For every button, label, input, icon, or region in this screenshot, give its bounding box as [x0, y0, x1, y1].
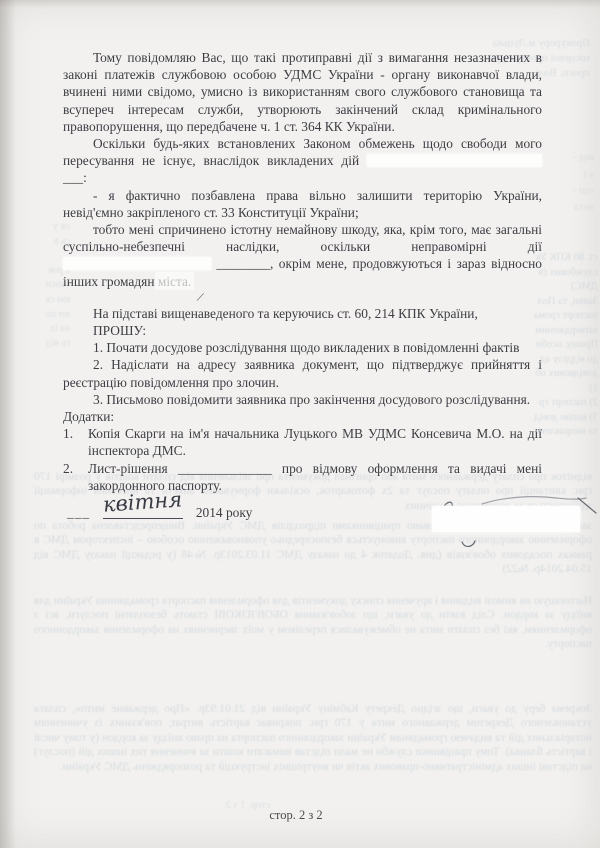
prayer-heading: ПРОШУ:: [63, 322, 542, 339]
whiteout-covered-word: міста. /: [158, 274, 191, 289]
attachment-number: 1.: [63, 425, 88, 459]
redaction-box: [367, 154, 542, 167]
attachment-number: 2.: [63, 460, 88, 494]
document-body: Тому повідомляю Вас, що такі протиправні…: [63, 49, 542, 534]
date-month-blank-line: квітня: [103, 504, 183, 519]
attachment-text: Копія Скарги на ім'я начальника Луцького…: [88, 425, 542, 459]
page-number-footer: стор. 2 з 2: [0, 808, 592, 823]
attachments-title: Додатки:: [63, 408, 542, 425]
date-signature-row: ___ квітня 2014 року: [63, 504, 542, 534]
paragraph-legal-basis: На підставі вищенаведеного та керуючись …: [63, 305, 542, 322]
paragraph-restrictions: Оскільки будь-яких встановлених Законом …: [63, 135, 542, 187]
scan-edge-shadow-top: [0, 0, 600, 8]
bleedthrough-paragraph: Наголошую на вимозі видання і вручення с…: [34, 594, 592, 652]
paragraph-damage: тобто мені спричинено істотну немайнову …: [63, 221, 542, 290]
scanned-page: Прокурору м.Луцька місцевої прокуратури …: [0, 0, 600, 848]
request-item-2: 2. Надіслати на адресу заявника документ…: [63, 356, 542, 390]
blank-line: [63, 290, 542, 305]
handwritten-month: квітня: [103, 491, 183, 514]
date-year-text: 2014 року: [196, 505, 253, 520]
paragraph-rights: - я фактично позбавлена права вільно зал…: [63, 187, 542, 221]
bleedthrough-paragraph: Зокрема беру до уваги, що згідно Декрету…: [34, 702, 592, 774]
paragraph-text: тобто мені спричинено істотну немайнову …: [63, 222, 542, 254]
attachment-item-1: 1. Копія Скарги на ім'я начальника Луцьк…: [63, 425, 542, 459]
blank-underscores: ___:: [63, 170, 87, 185]
blank-underscores: ________,: [216, 256, 273, 271]
signature-area: [428, 486, 600, 554]
redaction-box: [63, 257, 211, 270]
scan-edge-shadow-left: [0, 0, 16, 848]
request-item-3: 3. Письмово повідомити заявника про закі…: [63, 391, 542, 408]
date-day-blank: ___: [67, 505, 90, 520]
paragraph-liability: Тому повідомляю Вас, що такі протиправні…: [63, 49, 542, 135]
signature-redaction-box: [432, 506, 580, 532]
request-item-1: 1. Почати досудове розслідування щодо ви…: [63, 339, 542, 356]
